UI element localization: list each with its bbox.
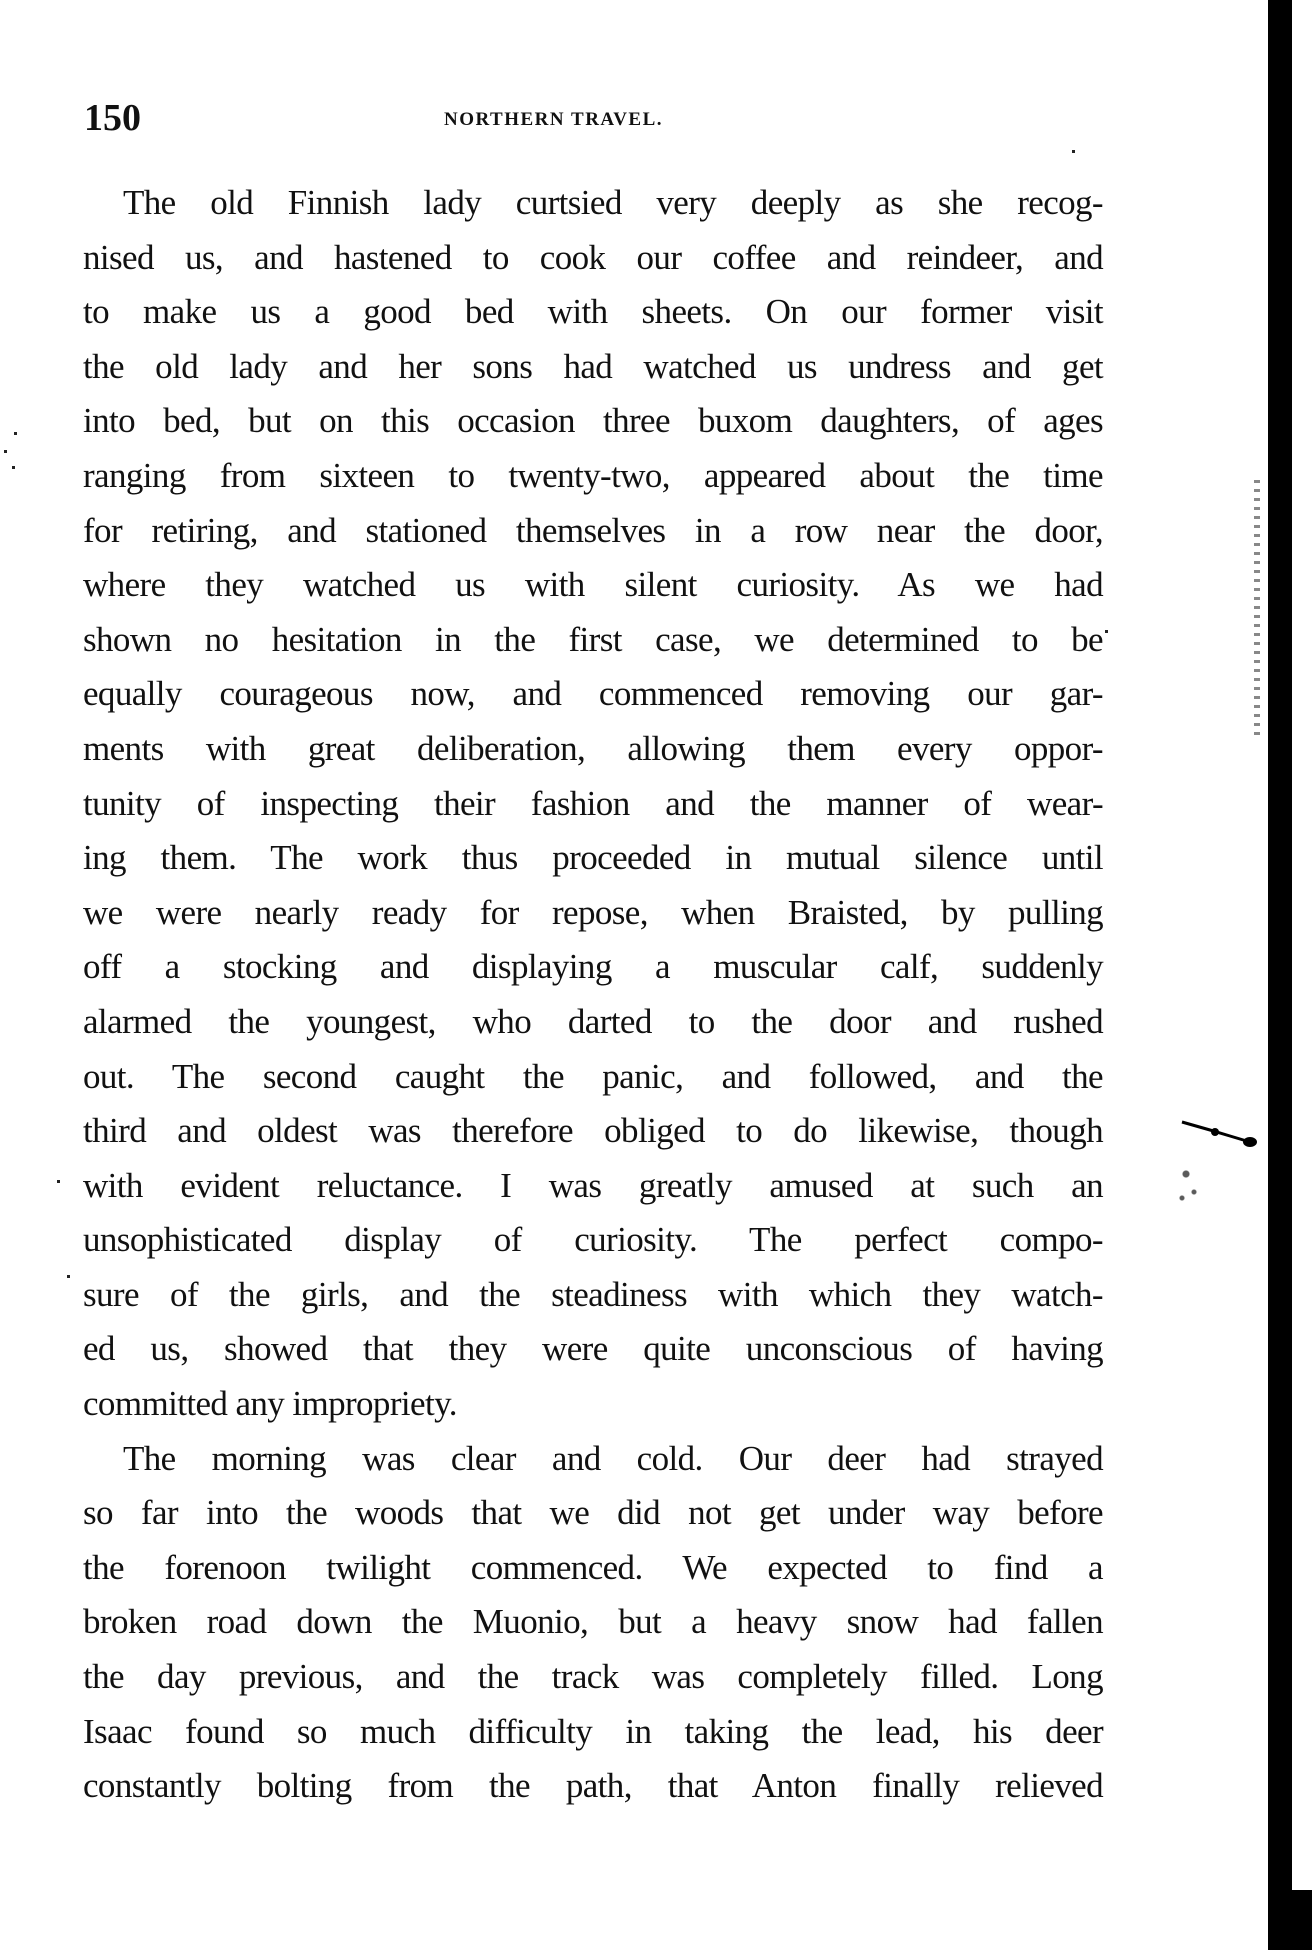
text-line: where they watched us with silent curios… [83,558,1103,613]
text-line: committed any impropriety. [83,1377,1103,1432]
text-line: off a stocking and displaying a muscular… [83,940,1103,995]
margin-speck [12,466,15,469]
text-line: broken road down the Muonio, but a heavy… [83,1595,1103,1650]
margin-speck [1105,630,1108,633]
text-line: tunity of inspecting their fashion and t… [83,777,1103,832]
margin-speck [4,450,7,453]
text-line: the forenoon twilight commenced. We expe… [83,1541,1103,1596]
text-line: with evident reluctance. I was greatly a… [83,1159,1103,1214]
text-line: The morning was clear and cold. Our deer… [83,1432,1103,1487]
text-line: Isaac found so much difficulty in taking… [83,1705,1103,1760]
text-line: shown no hesitation in the first case, w… [83,613,1103,668]
text-line: equally courageous now, and commenced re… [83,667,1103,722]
ink-smudge-icon [1180,1120,1260,1148]
text-line: out. The second caught the panic, and fo… [83,1050,1103,1105]
book-page: 150 NORTHERN TRAVEL. The old Finnish lad… [0,0,1312,1950]
text-line: into bed, but on this occasion three bux… [83,394,1103,449]
text-line: the day previous, and the track was comp… [83,1650,1103,1705]
page-number: 150 [84,96,141,140]
binding-shadow-bottom [1272,1890,1312,1950]
text-line: ranging from sixteen to twenty-two, appe… [83,449,1103,504]
margin-speck [67,1275,70,1278]
text-line: to make us a good bed with sheets. On ou… [83,285,1103,340]
speck-cluster [1170,1150,1210,1210]
text-line: so far into the woods that we did not ge… [83,1486,1103,1541]
margin-speck [1072,150,1075,153]
margin-speck [57,1180,60,1183]
text-line: ing them. The work thus proceeded in mut… [83,831,1103,886]
text-line: third and oldest was therefore obliged t… [83,1104,1103,1159]
text-line: ed us, showed that they were quite uncon… [83,1322,1103,1377]
running-head: NORTHERN TRAVEL. [444,108,663,132]
binding-shadow [1268,0,1292,1950]
body-text: The old Finnish lady curtsied very deepl… [83,176,1103,1814]
text-line: The old Finnish lady curtsied very deepl… [83,176,1103,231]
text-line: ments with great deliberation, allowing … [83,722,1103,777]
text-line: we were nearly ready for repose, when Br… [83,886,1103,941]
text-line: constantly bolting from the path, that A… [83,1759,1103,1814]
text-line: nised us, and hastened to cook our coffe… [83,231,1103,286]
binding-speckle [1254,480,1260,740]
text-line: alarmed the youngest, who darted to the … [83,995,1103,1050]
text-line: the old lady and her sons had watched us… [83,340,1103,395]
text-line: unsophisticated display of curiosity. Th… [83,1213,1103,1268]
text-line: for retiring, and stationed themselves i… [83,504,1103,559]
text-line: sure of the girls, and the steadiness wi… [83,1268,1103,1323]
margin-speck [14,432,17,435]
